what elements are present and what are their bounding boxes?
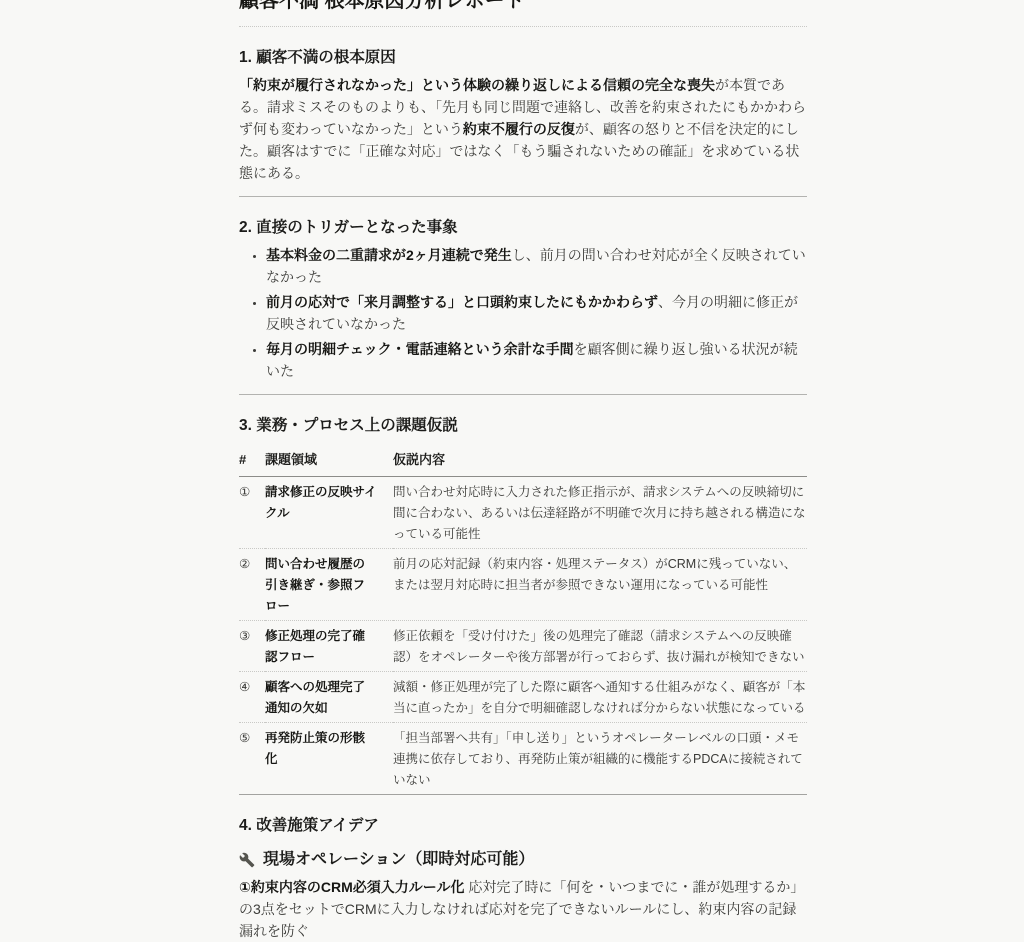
issue-area-cell: 修正処理の完了確認フロー — [265, 621, 393, 672]
row-number-cell: ④ — [239, 672, 265, 723]
section4-heading: 4. 改善施策アイデア — [239, 816, 807, 824]
hypothesis-table-row: ①請求修正の反映サイクル問い合わせ対応時に入力された修正指示が、請求システムへの… — [239, 477, 807, 549]
emphasis-text: 約束不履行の反復 — [463, 121, 575, 137]
issue-area-cell: 再発防止策の形骸化 — [265, 723, 393, 795]
hypothesis-cell: 「担当部署へ共有」「申し送り」というオペレーターレベルの口頭・メモ連携に依存して… — [393, 723, 807, 795]
row-number-cell: ② — [239, 549, 265, 621]
section3-heading: 3. 業務・プロセス上の課題仮説 — [239, 416, 807, 436]
header-issue-area-cell: 課題領域 — [265, 448, 393, 477]
section2-heading: 2. 直接のトリガーとなった事象 — [239, 218, 807, 238]
section1-paragraph: 「約束が履行されなかった」という体験の繰り返しによる信頼の完全な喪失が本質である… — [239, 74, 807, 184]
row-number-cell: ⑤ — [239, 723, 265, 795]
hypothesis-cell: 前月の応対記録（約束内容・処理ステータス）がCRMに残っていない、または翌月対応… — [393, 549, 807, 621]
section-divider — [239, 394, 807, 395]
section1-heading: 1. 顧客不満の根本原因 — [239, 48, 807, 68]
emphasis-text: 毎月の明細チェック・電話連絡という余計な手間 — [266, 341, 574, 357]
hypothesis-cell: 問い合わせ対応時に入力された修正指示が、請求システムへの反映締切に間に合わない、… — [393, 477, 807, 549]
issue-area-cell: 問い合わせ履歴の引き継ぎ・参照フロー — [265, 549, 393, 621]
hypothesis-table-row: ③修正処理の完了確認フロー修正依頼を「受け付けた」後の処理完了確認（請求システム… — [239, 621, 807, 672]
report-document: 顧客不満 根本原因分析レポート 1. 顧客不満の根本原因 「約束が履行されなかっ… — [239, 0, 807, 824]
hypothesis-table-row: ⑤再発防止策の形骸化「担当部署へ共有」「申し送り」というオペレーターレベルの口頭… — [239, 723, 807, 795]
issue-area-cell: 請求修正の反映サイクル — [265, 477, 393, 549]
hypothesis-cell: 減額・修正処理が完了した際に顧客へ通知する仕組みがなく、顧客が「本当に直ったか」… — [393, 672, 807, 723]
row-number-cell: ① — [239, 477, 265, 549]
hypothesis-table-body: ①請求修正の反映サイクル問い合わせ対応時に入力された修正指示が、請求システムへの… — [239, 477, 807, 795]
trigger-event-list: 基本料金の二重請求が2ヶ月連続で発生し、前月の問い合わせ対応が全く反映されていな… — [239, 244, 807, 382]
hypothesis-table-header-row: # 課題領域 仮説内容 — [239, 448, 807, 477]
emphasis-text: 基本料金の二重請求が2ヶ月連続で発生 — [266, 247, 512, 263]
hypothesis-cell: 修正依頼を「受け付けた」後の処理完了確認（請求システムへの反映確認）をオペレータ… — [393, 621, 807, 672]
trigger-list-item: 基本料金の二重請求が2ヶ月連続で発生し、前月の問い合わせ対応が全く反映されていな… — [266, 244, 807, 288]
trigger-list-item: 前月の応対で「来月調整する」と口頭約束したにもかかわらず、今月の明細に修正が反映… — [266, 291, 807, 335]
header-hypothesis-cell: 仮説内容 — [393, 448, 807, 477]
row-number-cell: ③ — [239, 621, 265, 672]
issue-area-cell: 顧客への処理完了通知の欠如 — [265, 672, 393, 723]
trigger-list-item: 毎月の明細チェック・電話連絡という余計な手間を顧客側に繰り返し強いる状況が続いた — [266, 338, 807, 382]
hypothesis-table-row: ②問い合わせ履歴の引き継ぎ・参照フロー前月の応対記録（約束内容・処理ステータス）… — [239, 549, 807, 621]
emphasis-text: 前月の応対で「来月調整する」と口頭約束したにもかかわらず — [266, 294, 658, 310]
hypothesis-table: # 課題領域 仮説内容 ①請求修正の反映サイクル問い合わせ対応時に入力された修正… — [239, 448, 807, 795]
hypothesis-table-row: ④顧客への処理完了通知の欠如減額・修正処理が完了した際に顧客へ通知する仕組みがな… — [239, 672, 807, 723]
emphasis-text: 「約束が履行されなかった」という体験の繰り返しによる信頼の完全な喪失 — [239, 77, 715, 93]
section-divider — [239, 26, 807, 27]
report-title: 顧客不満 根本原因分析レポート — [239, 0, 807, 14]
section-divider — [239, 196, 807, 197]
hypothesis-table-header: # 課題領域 仮説内容 — [239, 448, 807, 477]
page-background: { "colors": { "background": "#f8f8f6", "… — [0, 0, 1024, 824]
header-number-cell: # — [239, 448, 265, 477]
